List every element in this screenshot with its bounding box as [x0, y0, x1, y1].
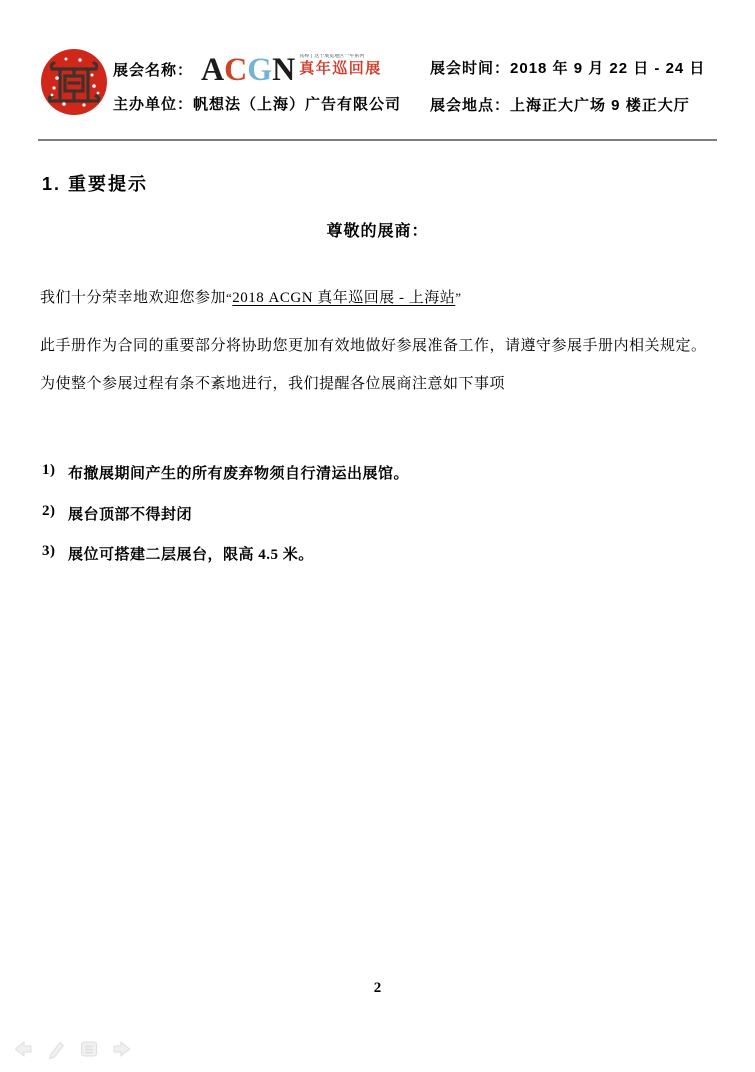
paragraph-welcome: 我们十分荣幸地欢迎您参加“2018 ACGN 真年巡回展 - 上海站” — [40, 286, 730, 307]
back-arrow-icon[interactable] — [12, 1038, 34, 1060]
acgn-letter-a: A — [201, 54, 224, 85]
exhibition-time-value: 2018 年 9 月 22 日 - 24 日 — [510, 57, 705, 78]
exhibition-venue-value: 上海正大广场 9 楼正大厅 — [510, 94, 690, 115]
list-item-text: 展台顶部不得封闭 — [68, 503, 192, 524]
acgn-wordmark: ACGN — [201, 54, 295, 84]
list-item-number: 1) — [42, 462, 68, 483]
acgn-letter-c: C — [224, 54, 247, 85]
organizer-value: 帆想法（上海）广告有限公司 — [193, 93, 401, 114]
pen-icon[interactable] — [45, 1038, 67, 1060]
list-item-number: 2) — [42, 503, 68, 524]
organizer-label: 主办单位： — [113, 93, 193, 114]
acgn-tagline-block: 真棒了这个展览地区一年系列 真年巡回展 — [299, 54, 385, 78]
document-page: 展会名称： ACGN 真棒了这个展览地区一年系列 真年巡回展 主办单位： 帆想法… — [0, 0, 755, 1072]
acgn-tagline-main: 真年巡回展 — [299, 60, 385, 78]
paragraph-manual-notice: 此手册作为合同的重要部分将协助您更加有效地做好参展准备工作，请遵守参展手册内相关… — [40, 334, 730, 355]
list-item: 1) 布撤展期间产生的所有废弃物须自行清运出展馆。 — [42, 462, 702, 483]
list-item-number: 3) — [42, 543, 68, 564]
list-item: 3) 展位可搭建二层展台，限高 4.5 米。 — [42, 543, 702, 564]
welcome-text: 我们十分荣幸地欢迎您参加 — [40, 290, 226, 306]
list-item-text: 展位可搭建二层展台，限高 4.5 米。 — [68, 543, 314, 564]
list-item-text: 布撤展期间产生的所有废弃物须自行清运出展馆。 — [68, 462, 409, 483]
quote-close: ” — [455, 290, 461, 305]
exhibition-venue-row: 展会地点： 上海正大广场 9 楼正大厅 — [430, 94, 690, 115]
list-item: 2) 展台顶部不得封闭 — [42, 503, 702, 524]
document-pages-icon[interactable] — [78, 1038, 100, 1060]
salutation: 尊敬的展商： — [0, 218, 755, 241]
exhibition-title-underlined: 2018 ACGN 真年巡回展 - 上海站 — [232, 290, 455, 306]
acgn-letter-n: N — [272, 54, 295, 85]
organizer-seal-logo — [40, 48, 108, 116]
page-number: 2 — [0, 980, 755, 997]
exhibition-venue-label: 展会地点： — [430, 94, 510, 115]
acgn-logo: ACGN 真棒了这个展览地区一年系列 真年巡回展 — [201, 54, 385, 84]
paragraph-reminder: 为使整个参展过程有条不紊地进行，我们提醒各位展商注意如下事项 — [40, 372, 730, 393]
forward-arrow-icon[interactable] — [111, 1038, 133, 1060]
exhibition-time-label: 展会时间： — [430, 57, 510, 78]
exhibition-name-label: 展会名称： — [113, 59, 193, 80]
viewer-toolbar — [12, 1038, 133, 1060]
exhibition-name-row: 展会名称： ACGN 真棒了这个展览地区一年系列 真年巡回展 — [113, 52, 385, 86]
section-heading: 1. 重要提示 — [42, 170, 148, 196]
header-divider — [38, 139, 717, 141]
exhibition-time-row: 展会时间： 2018 年 9 月 22 日 - 24 日 — [430, 57, 705, 78]
acgn-letter-g: G — [247, 54, 272, 85]
organizer-row: 主办单位： 帆想法（上海）广告有限公司 — [113, 92, 401, 114]
